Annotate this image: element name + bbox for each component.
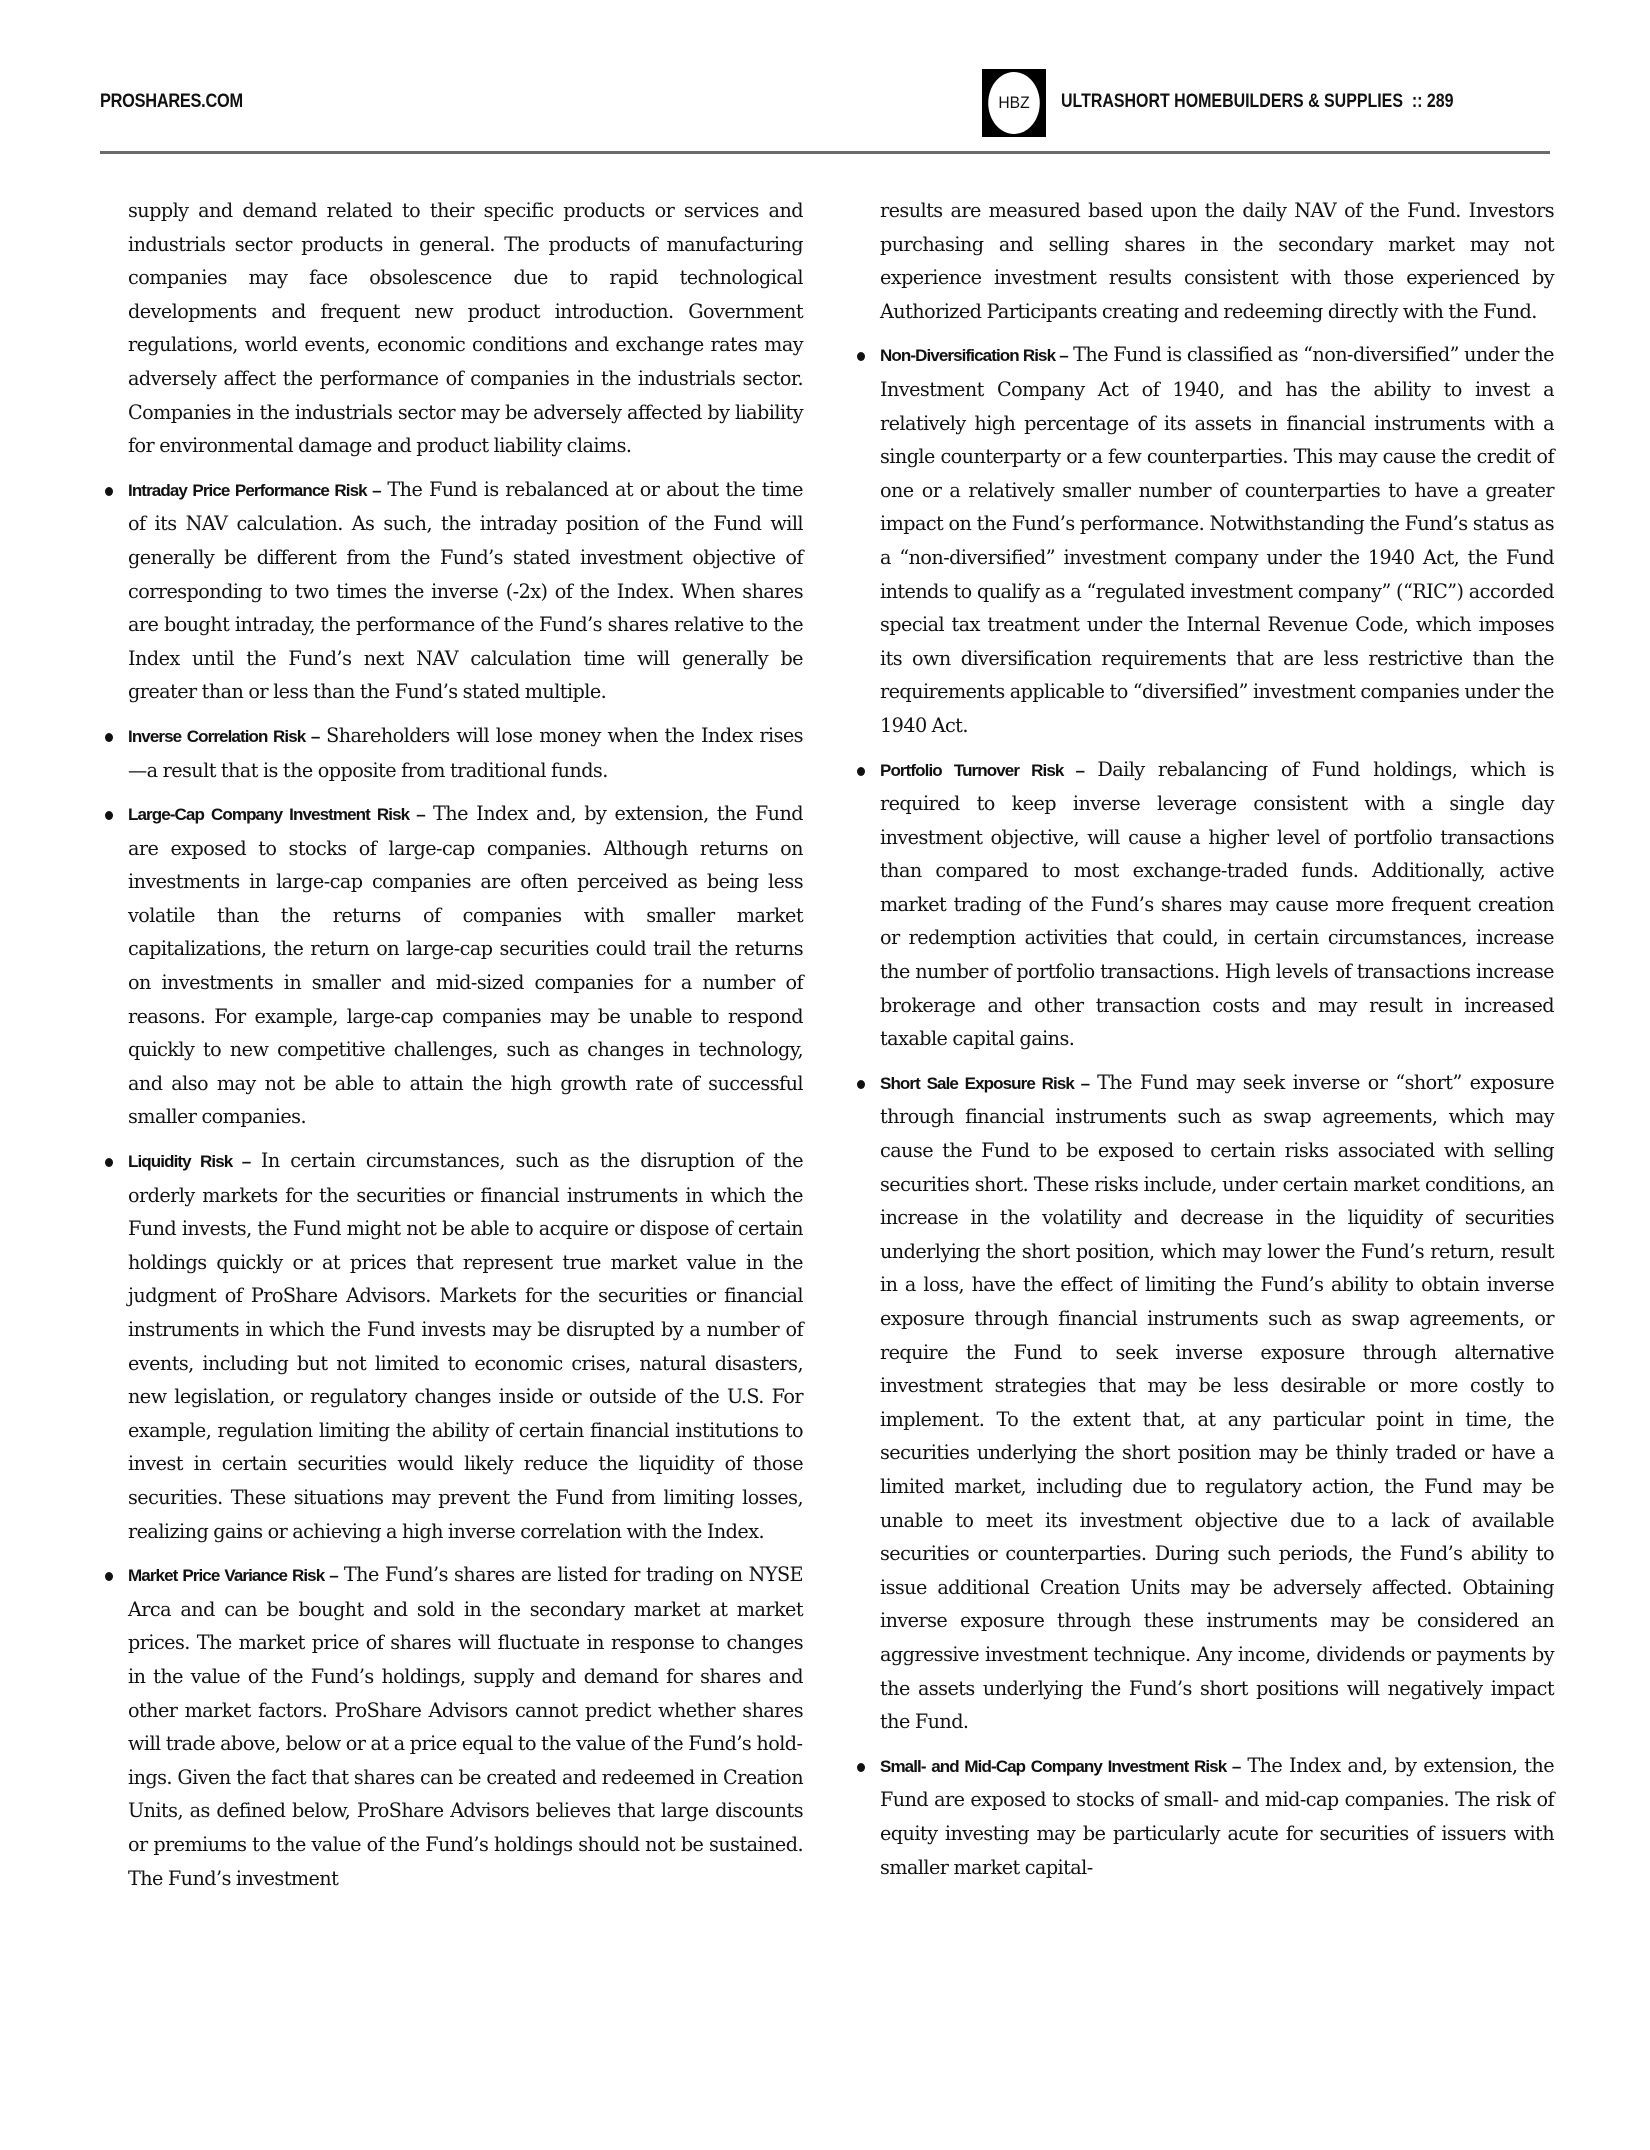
bullet-icon (857, 767, 865, 776)
risk-item-market-price-variance: Market Price Variance Risk – The Fund’s … (128, 1558, 803, 1895)
risk-item-short-sale-exposure: Short Sale Exposure Risk – The Fund may … (880, 1066, 1554, 1739)
risk-description: Daily rebalancing of Fund holdings, whic… (880, 758, 1554, 1051)
risk-term: Intraday Price Performance Risk – (128, 481, 381, 500)
continued-paragraph: results are measured based upon the dail… (880, 194, 1554, 328)
risk-description: The Index and, by extension, the Fund ar… (128, 802, 803, 1128)
fund-ticker-logo: HBZ (982, 69, 1046, 137)
bullet-icon (857, 1080, 865, 1089)
running-title: ULTRASHORT HOMEBUILDERS & SUPPLIES :: 28… (1061, 91, 1454, 113)
ticker-badge: HBZ (988, 72, 1040, 134)
risk-term: Non-Diversification Risk – (880, 346, 1068, 365)
risk-term: Short Sale Exposure Risk – (880, 1074, 1089, 1093)
risk-item-intraday-price-performance: Intraday Price Performance Risk – The Fu… (128, 473, 803, 709)
risk-item-non-diversification: Non-Diversification Risk – The Fund is c… (880, 338, 1554, 742)
risk-description: In certain circumstances, such as the di… (128, 1149, 803, 1543)
risk-item-inverse-correlation: Inverse Correlation Risk – Shareholders … (128, 719, 803, 787)
left-column: supply and demand related to their speci… (128, 194, 803, 1895)
risk-description: The Fund may seek inverse or “short” exp… (880, 1071, 1554, 1733)
risk-item-liquidity: Liquidity Risk – In certain circumstance… (128, 1144, 803, 1548)
bullet-icon (105, 1572, 113, 1581)
risk-term: Small- and Mid-Cap Company Investment Ri… (880, 1757, 1240, 1776)
bullet-icon (857, 352, 865, 361)
risk-term: Portfolio Turnover Risk – (880, 761, 1084, 780)
bullet-icon (857, 1763, 865, 1772)
right-column: results are measured based upon the dail… (880, 194, 1554, 1884)
header-divider (100, 151, 1550, 154)
bullet-icon (105, 811, 113, 820)
bullet-icon (105, 733, 113, 742)
risk-description: The Fund’s shares are listed for trad­in… (128, 1563, 803, 1889)
risk-term: Market Price Variance Risk – (128, 1566, 338, 1585)
risk-term: Liquidity Risk – (128, 1152, 250, 1171)
risk-description: The Fund is rebalanced at or about the t… (128, 478, 803, 704)
risk-item-small-mid-cap: Small- and Mid-Cap Company Investment Ri… (880, 1749, 1554, 1884)
page-number: 289 (1427, 91, 1454, 112)
risk-description: The Fund is classified as “non-diversifi… (880, 343, 1554, 737)
bullet-icon (105, 487, 113, 496)
continued-paragraph: supply and demand related to their speci… (128, 194, 803, 463)
fund-title: ULTRASHORT HOMEBUILDERS & SUPPLIES (1061, 91, 1403, 112)
title-separator: :: (1412, 91, 1423, 112)
site-name: PROSHARES.COM (100, 91, 243, 113)
risk-term: Large-Cap Company Investment Risk – (128, 805, 425, 824)
risk-term: Inverse Correlation Risk – (128, 727, 319, 746)
risk-item-portfolio-turnover: Portfolio Turnover Risk – Daily rebalanc… (880, 753, 1554, 1056)
bullet-icon (105, 1158, 113, 1167)
risk-item-large-cap: Large-Cap Company Investment Risk – The … (128, 797, 803, 1134)
